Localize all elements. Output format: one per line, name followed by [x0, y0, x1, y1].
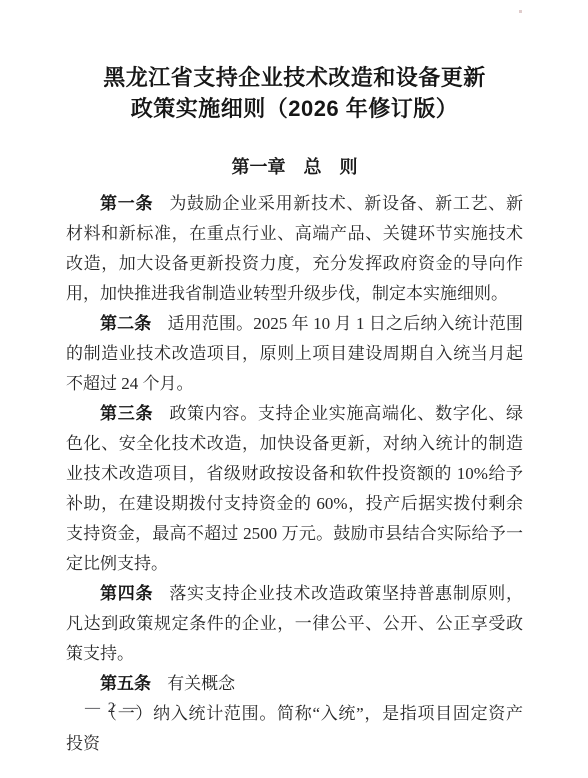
document-body: 第一条为鼓励企业采用新技术、新设备、新工艺、新材料和新标准，在重点行业、高端产品… [66, 189, 523, 759]
clause-number: 第五条 [100, 674, 151, 693]
scan-speck [89, 739, 92, 742]
clause-number: 第三条 [100, 404, 153, 423]
clause-number: 第四条 [100, 584, 153, 603]
clause-text: 有关概念 [167, 674, 235, 693]
paragraph: 第三条政策内容。支持企业实施高端化、数字化、绿色化、安全化技术改造，加快设备更新… [66, 399, 523, 579]
chapter-heading: 第一章 总 则 [66, 152, 523, 183]
document-title-line1: 黑龙江省支持企业技术改造和设备更新 [66, 62, 523, 93]
clause-number: 第一条 [100, 194, 153, 213]
scan-speck [519, 10, 522, 13]
document-title: 黑龙江省支持企业技术改造和设备更新 政策实施细则（2026 年修订版） [66, 62, 523, 124]
page-number: — 2 — [85, 698, 140, 718]
paragraph: 第一条为鼓励企业采用新技术、新设备、新工艺、新材料和新标准，在重点行业、高端产品… [66, 189, 523, 309]
document-page: 黑龙江省支持企业技术改造和设备更新 政策实施细则（2026 年修订版） 第一章 … [0, 0, 588, 778]
document-title-line2: 政策实施细则（2026 年修订版） [66, 93, 523, 124]
clause-number: 第二条 [100, 314, 151, 333]
clause-text: 政策内容。支持企业实施高端化、数字化、绿色化、安全化技术改造，加快设备更新，对纳… [66, 404, 523, 573]
paragraph: 第四条落实支持企业技术改造政策坚持普惠制原则，凡达到政策规定条件的企业，一律公平… [66, 579, 523, 669]
paragraph: 第二条适用范围。2025 年 10 月 1 日之后纳入统计范围的制造业技术改造项… [66, 309, 523, 399]
paragraph: 第五条有关概念 [66, 669, 523, 699]
